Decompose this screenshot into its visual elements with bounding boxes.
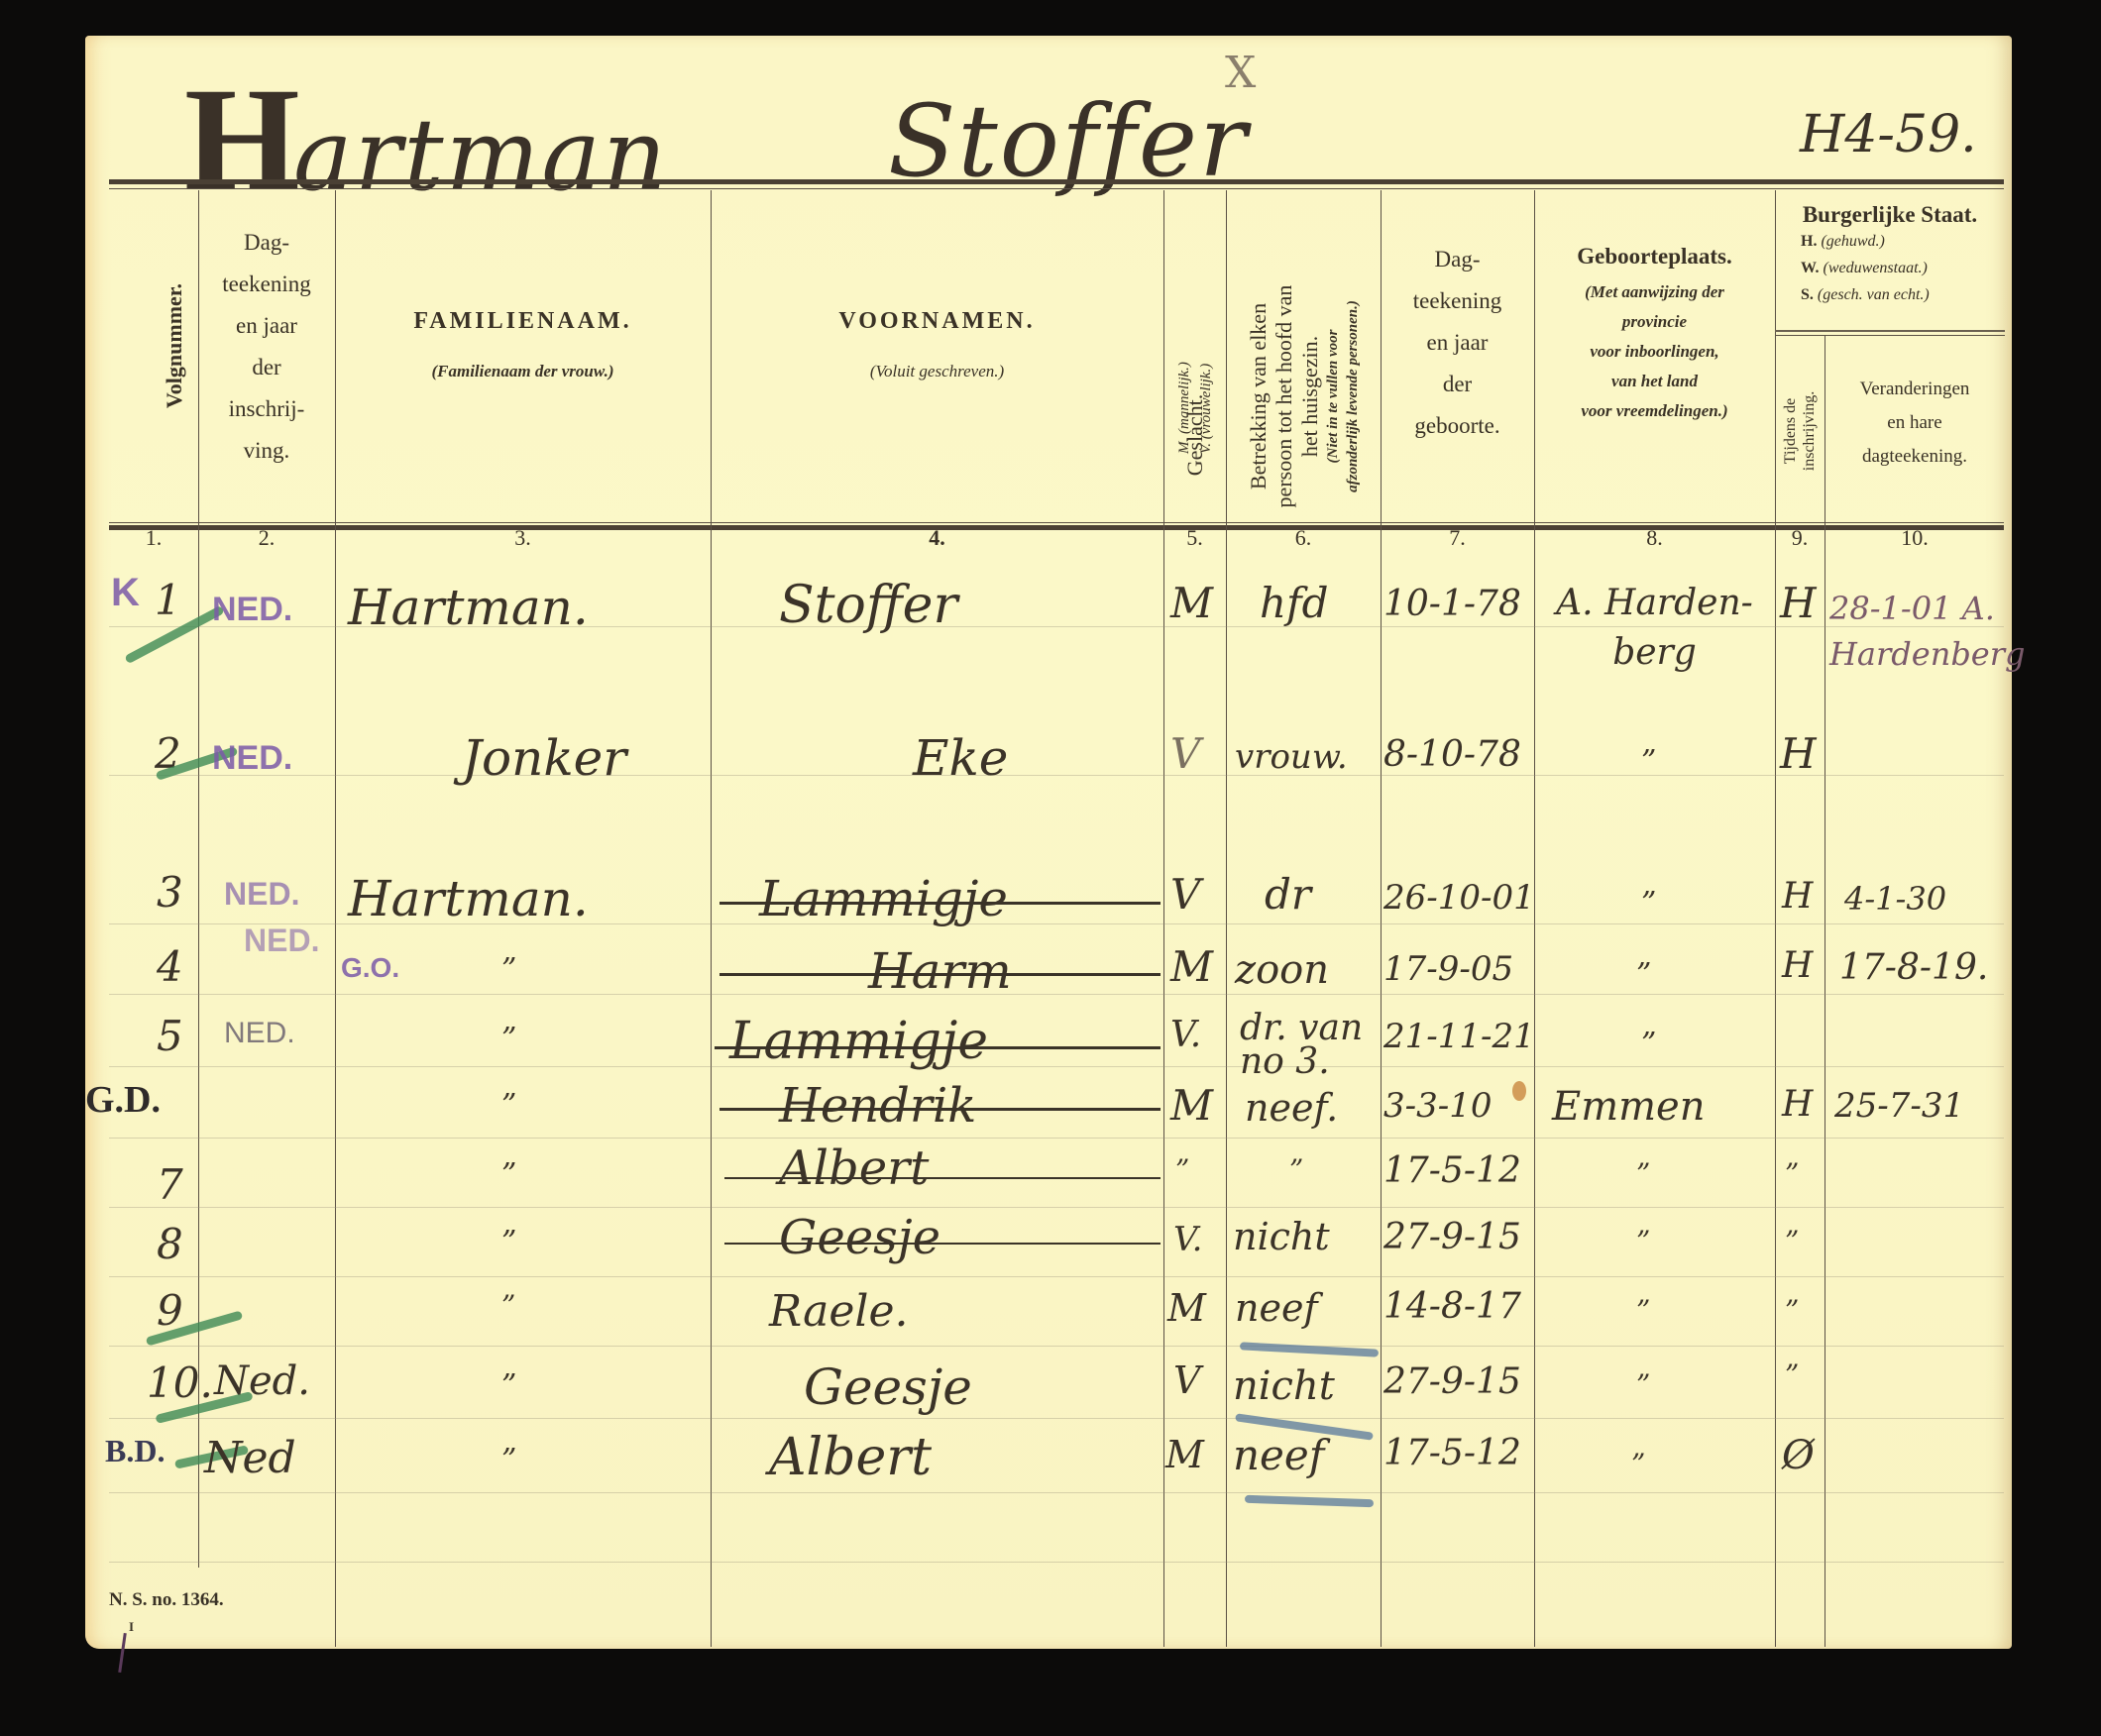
- geboorteplaats-cell: ”: [1641, 1027, 1656, 1061]
- header-line: der: [1381, 364, 1534, 405]
- familienaam-cell: Hartman.: [348, 870, 589, 927]
- row-number: 1: [155, 576, 181, 624]
- betrekking-cell: zoon: [1235, 947, 1329, 993]
- col-divider-4: [1163, 190, 1164, 1647]
- geboorte-cell: 17-5-12: [1383, 1150, 1521, 1191]
- form-sub: I: [129, 1619, 134, 1635]
- column-number: 3.: [335, 525, 711, 551]
- familienaam-cell: ”: [501, 1368, 516, 1403]
- geslacht-cell: V: [1170, 870, 1200, 919]
- col-divider-3: [711, 190, 712, 1647]
- veranderingen-cell: 25-7-31: [1834, 1086, 1964, 1126]
- col-divider-8: [1775, 190, 1776, 1647]
- voornamen-cell: Stoffer: [779, 576, 957, 635]
- legend-code: W.: [1801, 260, 1820, 276]
- row-line: [109, 1562, 2004, 1563]
- column-number: 10.: [1825, 525, 2005, 551]
- burgerlijke-staat-divider-thin: [1775, 335, 2005, 336]
- strikethrough-line: [719, 902, 1161, 905]
- geboorteplaats-cell: ”: [1631, 1448, 1645, 1480]
- burgerlijke-staat-title: Burgerlijke Staat.: [1775, 202, 2005, 228]
- nationality-stamp: NED.: [212, 591, 292, 629]
- header-line: provincie: [1534, 307, 1775, 337]
- staat-cell: ”: [1785, 1157, 1799, 1190]
- reference-number: H4-59.: [1800, 105, 1977, 164]
- geboorteplaats-cell: ”: [1636, 1225, 1650, 1257]
- header-line: persoon tot het hoofd van: [1272, 243, 1297, 550]
- header-line: der: [198, 347, 335, 388]
- staat-cell: H: [1782, 945, 1813, 986]
- header-line: geboorte.: [1381, 405, 1534, 447]
- geboorte-cell: 26-10-01: [1383, 878, 1535, 918]
- header-geslacht: Geslacht.: [1182, 366, 1208, 504]
- familienaam-cell: Jonker: [462, 729, 626, 787]
- header-line: en hare: [1825, 406, 2005, 440]
- header-tijdens-inschrijving: Tijdens de inschrijving.: [1781, 362, 1819, 500]
- row-number: 10.: [147, 1358, 213, 1407]
- voornamen-cell: Raele.: [769, 1286, 909, 1337]
- familienaam-cell: ”: [501, 1225, 516, 1259]
- familienaam-cell: ”: [501, 1088, 516, 1123]
- geslacht-cell: M: [1165, 1433, 1204, 1476]
- legend-desc: (gehuwd.): [1821, 233, 1884, 250]
- strikethrough-line: [719, 1108, 1161, 1111]
- header-line: teekening: [198, 264, 335, 305]
- ink-stain: [1512, 1081, 1526, 1101]
- header-line: inschrij-: [198, 388, 335, 430]
- row-line: [109, 1276, 2004, 1277]
- margin-stamp-k: K: [111, 571, 140, 615]
- margin-stamp-bd: B.D.: [105, 1433, 165, 1469]
- header-line: afzonderlijk levende personen.): [1343, 243, 1363, 550]
- voornamen-cell: Albert: [769, 1428, 932, 1487]
- betrekking-cell: neef: [1233, 1431, 1324, 1479]
- row-number: 5: [157, 1012, 183, 1060]
- staat-cell: H: [1780, 579, 1817, 627]
- strikethrough-line: [724, 1243, 1161, 1245]
- legend-desc: (weduwenstaat.): [1824, 260, 1928, 276]
- strikethrough-line: [715, 1046, 1161, 1049]
- surname-title: artman: [293, 97, 668, 213]
- voornamen-cell: Lammigje: [729, 1012, 988, 1071]
- legend-code: H.: [1801, 233, 1817, 250]
- header-geboorteplaats: Geboorteplaats. (Met aanwijzing der prov…: [1534, 244, 1775, 426]
- row-line: [109, 1346, 2004, 1347]
- geboorteplaats-cell: ”: [1636, 1157, 1650, 1190]
- header-line: het huisgezin.: [1297, 243, 1323, 550]
- familienaam-cell: Hartman.: [348, 579, 589, 636]
- betrekking-cell: nicht: [1233, 1363, 1335, 1409]
- betrekking-cell: ”: [1289, 1153, 1303, 1186]
- row-number: 4: [157, 942, 183, 991]
- betrekking-cell: vrouw.: [1235, 737, 1348, 777]
- veranderingen-cell: 17-8-19.: [1839, 947, 1988, 988]
- betrekking-cell: dr. van no 3.: [1240, 1012, 1379, 1079]
- familienaam-cell: ”: [501, 1443, 516, 1477]
- familienaam-cell: ”: [501, 952, 516, 987]
- header-familienaam-label: FAMILIENAAM.: [335, 308, 711, 335]
- geslacht-cell: V: [1173, 1358, 1200, 1402]
- staat-cell: H: [1782, 1084, 1813, 1125]
- geslacht-cell: ”: [1175, 1153, 1189, 1186]
- geboorte-cell: 17-9-05: [1383, 949, 1513, 989]
- geboorte-cell: 17-5-12: [1383, 1433, 1521, 1473]
- nationality-stamp: NED.: [224, 1017, 295, 1050]
- voornamen-cell: Eke: [913, 729, 1008, 787]
- header-line: Betrekking van elken: [1246, 243, 1272, 550]
- nationality-stamp: NED.: [224, 876, 299, 913]
- header-bottom-rule-thin: [109, 522, 2004, 523]
- header-line: voor vreemdelingen.): [1534, 396, 1775, 426]
- geboorte-cell: 21-11-21: [1383, 1017, 1535, 1056]
- header-voornamen-label: VOORNAMEN.: [711, 308, 1163, 335]
- corner-x-mark: X: [1225, 48, 1256, 98]
- blue-underline-mark: [1245, 1495, 1374, 1508]
- burgerlijke-staat-legend: H. (gehuwd.) W. (weduwenstaat.) S. (gesc…: [1775, 228, 2005, 308]
- header-line: ving.: [198, 430, 335, 472]
- geboorte-cell: 27-9-15: [1383, 1217, 1521, 1257]
- row-line: [109, 1207, 2004, 1208]
- strikethrough-line: [724, 1177, 1161, 1179]
- geboorte-cell: 27-9-15: [1383, 1361, 1521, 1402]
- blue-underline-mark: [1240, 1342, 1379, 1356]
- betrekking-cell: neef.: [1245, 1086, 1338, 1130]
- col-divider-2: [335, 190, 336, 1647]
- header-line: van het land: [1534, 367, 1775, 396]
- geboorteplaats-cell: A. Harden-berg: [1538, 579, 1771, 678]
- row-line: [109, 1492, 2004, 1493]
- header-line: inschrijving.: [1800, 362, 1819, 500]
- row-number: 3: [157, 868, 183, 917]
- header-line: Veranderingen: [1825, 373, 2005, 406]
- column-number: 4.: [711, 525, 1163, 551]
- column-number: 9.: [1775, 525, 1825, 551]
- nationality-note: Ned.: [214, 1358, 310, 1404]
- row-line: [109, 994, 2004, 995]
- betrekking-cell: dr: [1265, 870, 1311, 919]
- header-line: en jaar: [1381, 322, 1534, 364]
- betrekking-cell: hfd: [1260, 579, 1328, 627]
- column-number: 7.: [1381, 525, 1534, 551]
- header-top-rule: [109, 179, 2004, 184]
- geboorteplaats-cell: ”: [1636, 1368, 1650, 1401]
- col-divider-5: [1226, 190, 1227, 1647]
- registration-card: H artman Stoffer X H4-59. Volgnummer. Da…: [85, 36, 2012, 1649]
- geboorte-cell: 3-3-10: [1383, 1086, 1493, 1126]
- nationality-note: Ned: [204, 1433, 296, 1483]
- header-line: dagteekening.: [1825, 440, 2005, 474]
- header-dagteekening-inschrijving: Dag- teekening en jaar der inschrij- vin…: [198, 222, 335, 472]
- geboorte-cell: 8-10-78: [1383, 734, 1521, 775]
- voornamen-cell: Lammigje: [759, 870, 1008, 927]
- staat-cell: ”: [1785, 1294, 1799, 1327]
- geslacht-cell: V: [1170, 729, 1200, 778]
- staat-cell: ”: [1785, 1358, 1799, 1391]
- legend-code: S.: [1801, 286, 1814, 303]
- header-geboorteplaats-label: Geboorteplaats.: [1534, 244, 1775, 270]
- row-line: [109, 1418, 2004, 1419]
- header-line: Dag-: [198, 222, 335, 264]
- geboorte-cell: 10-1-78: [1383, 584, 1521, 624]
- header-voornamen: VOORNAMEN. (Voluit geschreven.): [711, 308, 1163, 386]
- column-number: 5.: [1163, 525, 1226, 551]
- header-familienaam: FAMILIENAAM. (Familienaam der vrouw.): [335, 308, 711, 386]
- geslacht-cell: M: [1170, 942, 1213, 991]
- row-line: [109, 775, 2004, 776]
- geboorteplaats-cell: Emmen: [1552, 1084, 1706, 1130]
- header-line: Tijdens de: [1781, 362, 1800, 500]
- row-number: 7: [157, 1160, 183, 1209]
- betrekking-cell: nicht: [1233, 1215, 1330, 1258]
- familienaam-cell: ”: [501, 1022, 516, 1056]
- legend-desc: (gesch. van echt.): [1818, 286, 1930, 303]
- header-line: teekening: [1381, 280, 1534, 322]
- column-number: 1.: [109, 525, 198, 551]
- column-number: 2.: [198, 525, 335, 551]
- header-top-rule-thin: [109, 188, 2004, 189]
- geslacht-cell: M: [1170, 579, 1213, 627]
- geboorteplaats-cell: ”: [1636, 957, 1651, 992]
- geboorteplaats-cell: ”: [1636, 1294, 1650, 1327]
- header-line: en jaar: [198, 305, 335, 347]
- burgerlijke-staat-divider: [1775, 330, 2005, 332]
- staat-cell: H: [1782, 876, 1813, 917]
- header-burgerlijke-staat: Burgerlijke Staat. H. (gehuwd.) W. (wedu…: [1775, 202, 2005, 308]
- header-betrekking: Betrekking van elken persoon tot het hoo…: [1246, 243, 1363, 550]
- staat-cell: H: [1780, 729, 1817, 778]
- veranderingen-cell: 4-1-30: [1844, 880, 1946, 918]
- familienaam-cell: ”: [501, 1289, 515, 1322]
- column-number: 8.: [1534, 525, 1775, 551]
- geboorteplaats-cell: ”: [1641, 886, 1656, 921]
- column-number: 6.: [1226, 525, 1381, 551]
- voornamen-cell: Albert: [779, 1140, 929, 1196]
- voornamen-cell: Geesje: [779, 1210, 940, 1265]
- margin-stamp-gd: G.D.: [85, 1078, 161, 1122]
- row-number: 8: [157, 1220, 183, 1268]
- voornamen-cell: Hendrik: [779, 1078, 976, 1134]
- geslacht-cell: V.: [1170, 1015, 1201, 1055]
- nationality-stamp: NED.: [212, 739, 292, 778]
- header-familienaam-sublabel: (Familienaam der vrouw.): [335, 357, 711, 386]
- voornamen-cell: Harm: [868, 942, 1012, 1000]
- go-stamp: G.O.: [341, 952, 399, 984]
- header-line: (Met aanwijzing der: [1534, 277, 1775, 307]
- header-volgnummer: Volgnummer.: [162, 217, 187, 475]
- geboorte-cell: 14-8-17: [1383, 1286, 1521, 1327]
- form-number: N. S. no. 1364.: [109, 1589, 224, 1611]
- row-line: [109, 1066, 2004, 1067]
- geslacht-cell: M: [1167, 1286, 1206, 1330]
- betrekking-cell: neef: [1235, 1286, 1318, 1330]
- header-line: Dag-: [1381, 239, 1534, 280]
- geslacht-cell: V.: [1173, 1220, 1202, 1259]
- nationality-stamp: NED.: [244, 922, 319, 959]
- header-line: (Niet in te vullen voor: [1323, 243, 1343, 550]
- header-veranderingen: Veranderingen en hare dagteekening.: [1825, 373, 2005, 474]
- veranderingen-cell: 28-1-01 A. Hardenberg: [1829, 586, 2003, 677]
- surname-initial: H: [184, 65, 300, 214]
- header-dagteekening-geboorte: Dag- teekening en jaar der geboorte.: [1381, 239, 1534, 447]
- header-voornamen-sublabel: (Voluit geschreven.): [711, 357, 1163, 386]
- margin-pencil-mark: [118, 1633, 127, 1673]
- row-line: [109, 1138, 2004, 1139]
- strikethrough-line: [719, 973, 1161, 976]
- geslacht-cell: M: [1170, 1081, 1213, 1130]
- header-line: voor inboorlingen,: [1534, 337, 1775, 367]
- voornamen-cell: Geesje: [804, 1358, 972, 1416]
- staat-cell: ”: [1785, 1225, 1799, 1257]
- staat-cell: Ø: [1782, 1433, 1815, 1478]
- geboorteplaats-cell: ”: [1641, 744, 1656, 779]
- familienaam-cell: ”: [501, 1157, 516, 1192]
